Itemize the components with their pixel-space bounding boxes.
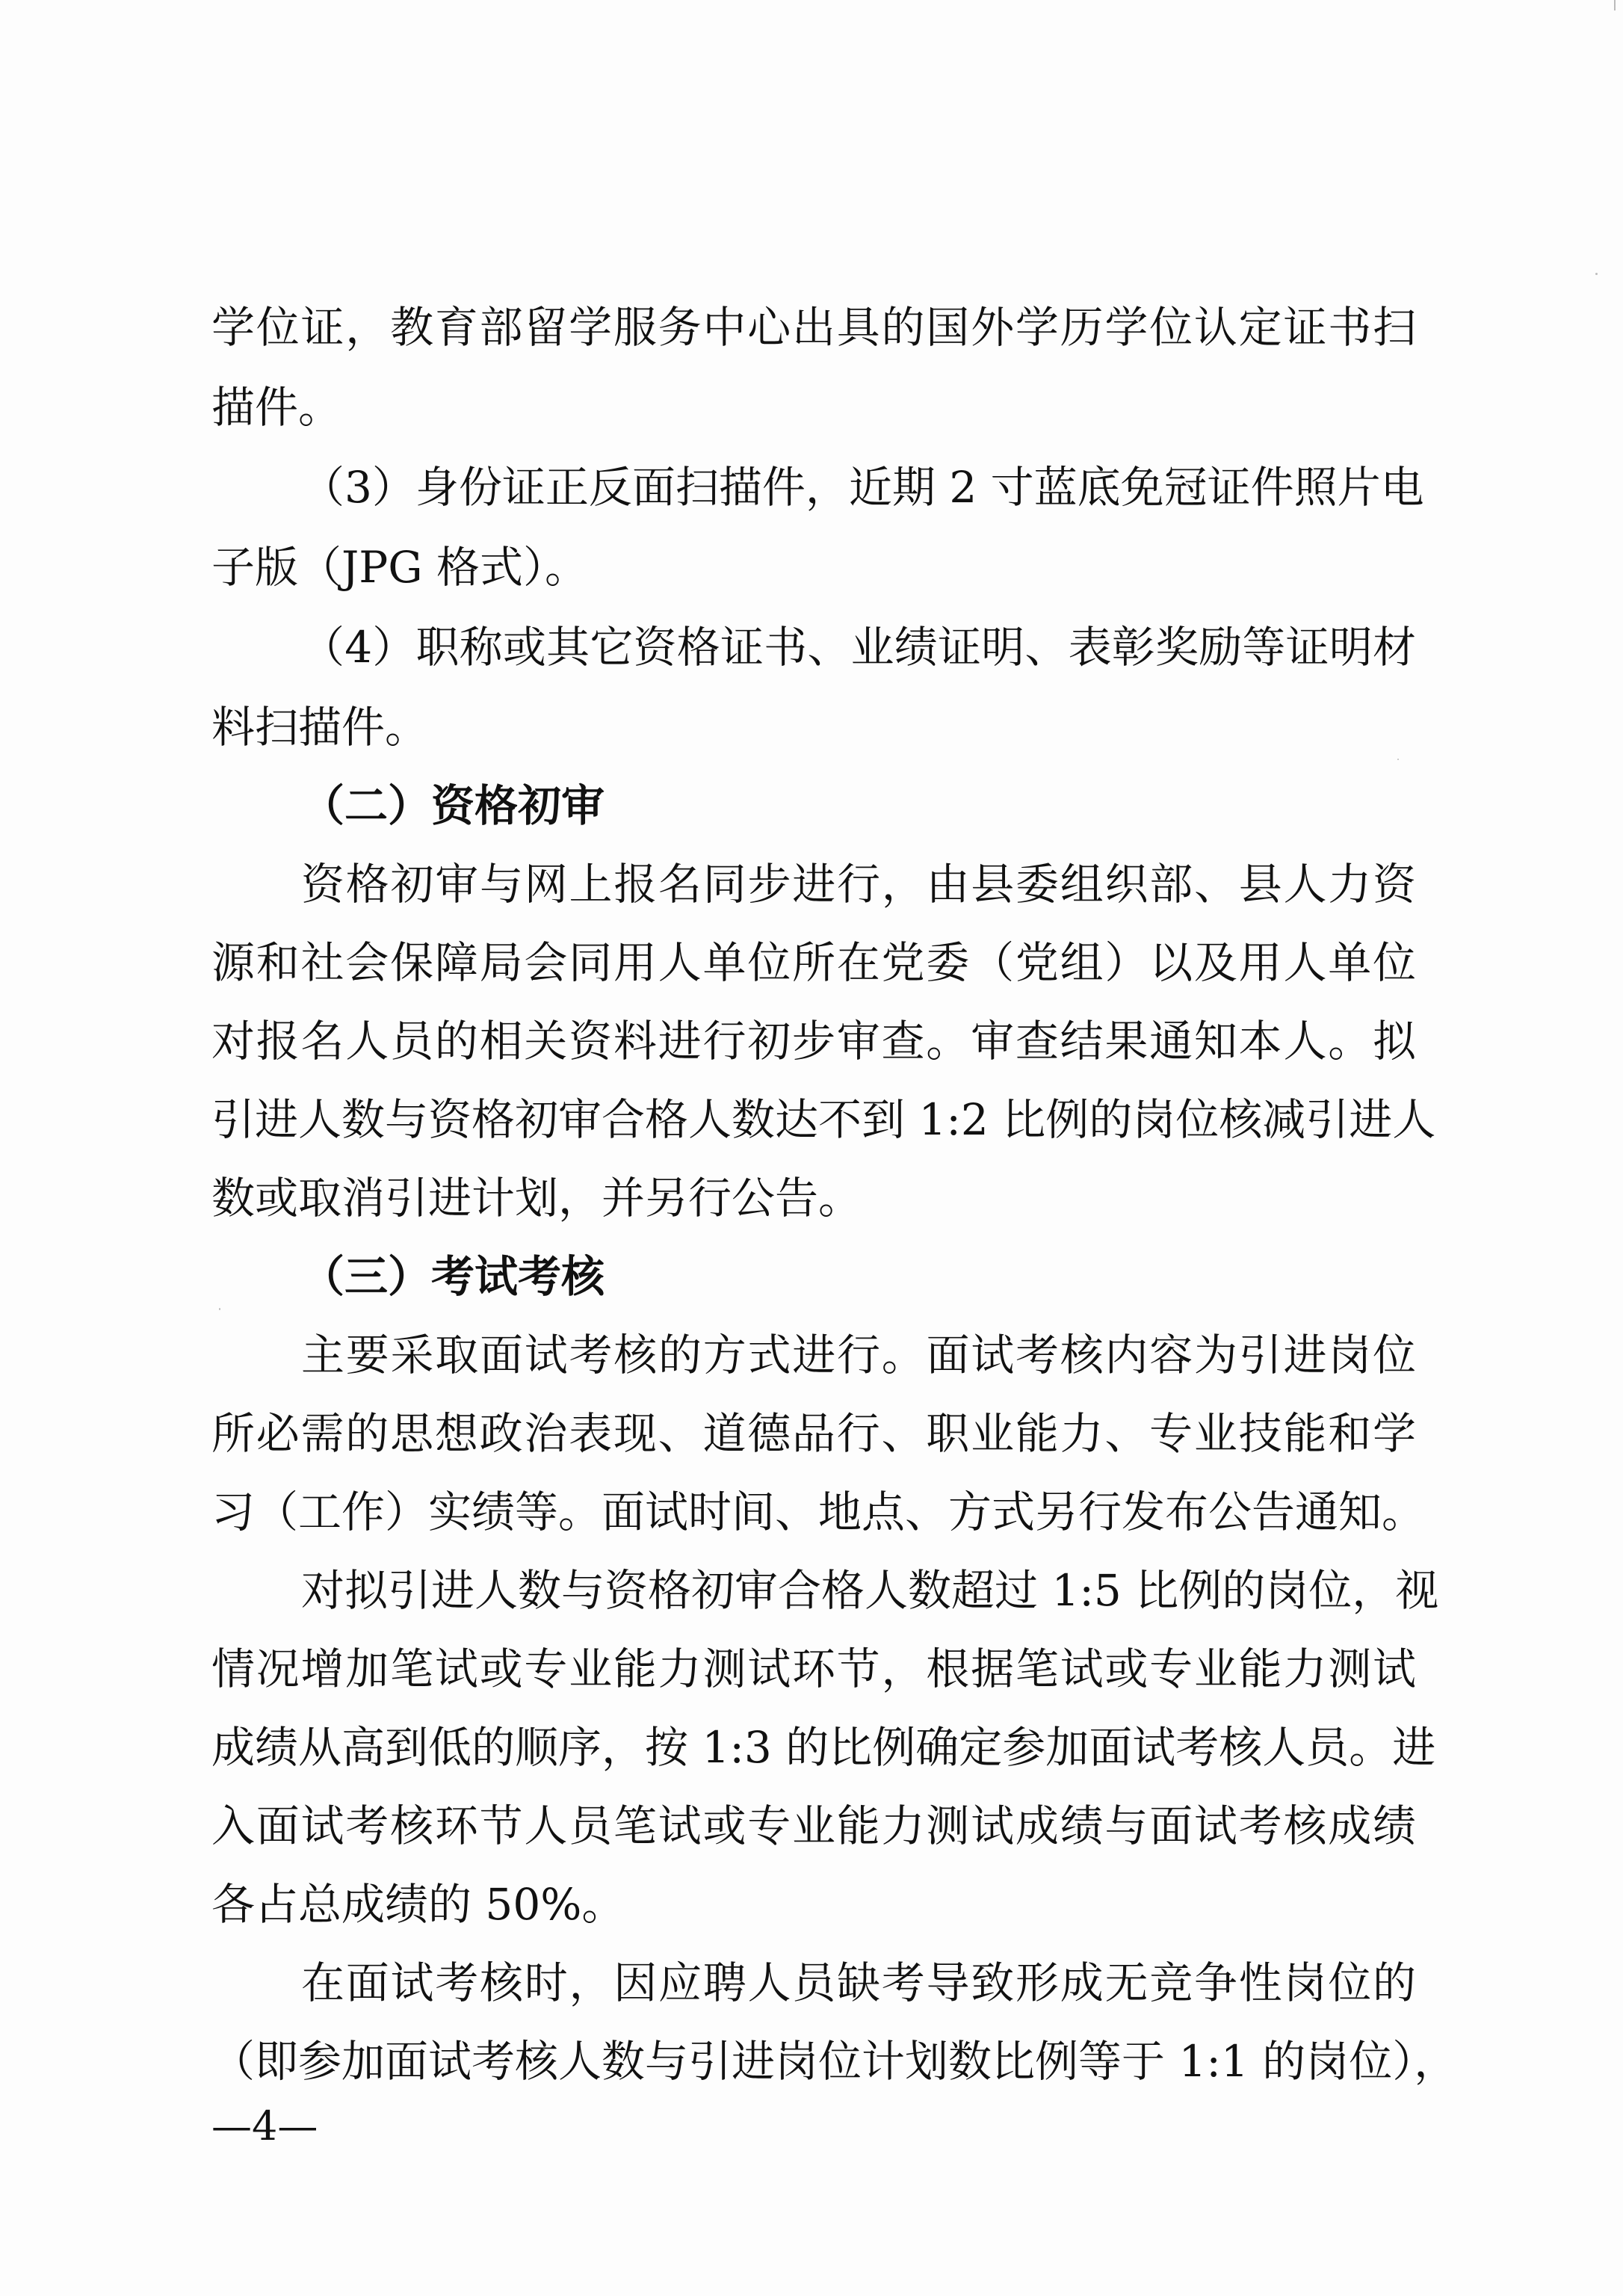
- scan-speck: [1397, 759, 1399, 760]
- paragraph-start: 在面试考核时，因应聘人员缺考导致形成无竞争性岗位的: [301, 1953, 1416, 2013]
- body-line: 入面试考核环节人员笔试或专业能力测试成绩与面试考核成绩: [211, 1796, 1416, 1856]
- list-item-4: （4）职称或其它资格证书、业绩证明、表彰奖励等证明材: [301, 617, 1416, 677]
- document-page: 学位证，教育部留学服务中心出具的国外学历学位认定证书扫 描件。 （3）身份证正反…: [0, 0, 1623, 2296]
- body-line: 对报名人员的相关资料进行初步审查。审查结果通知本人。拟: [211, 1011, 1416, 1071]
- body-line: （即参加面试考核人数与引进岗位计划数比例等于 1:1 的岗位），: [211, 2031, 1416, 2091]
- scan-edge-mark: [1614, 0, 1616, 10]
- body-line: 成绩从高到低的顺序，按 1:3 的比例确定参加面试考核人员。进: [211, 1718, 1416, 1777]
- body-line: 数或取消引进计划，并另行公告。: [211, 1168, 1416, 1228]
- body-line: 各占总成绩的 50%。: [211, 1874, 1416, 1934]
- body-line: 所必需的思想政治表现、道德品行、职业能力、专业技能和学: [211, 1404, 1416, 1463]
- paragraph-start: 资格初审与网上报名同步进行，由县委组织部、县人力资: [301, 854, 1416, 914]
- body-line: 料扫描件。: [211, 697, 1416, 757]
- body-line: 源和社会保障局会同用人单位所在党委（党组）以及用人单位: [211, 933, 1416, 993]
- section-heading-qualification-review: （二）资格初审: [301, 776, 1048, 836]
- scan-speck: [219, 1308, 220, 1310]
- section-heading-exam-assessment: （三）考试考核: [301, 1247, 1048, 1306]
- body-line: 引进人数与资格初审合格人数达不到 1:2 比例的岗位核减引进人: [211, 1090, 1416, 1149]
- body-line: 学位证，教育部留学服务中心出具的国外学历学位认定证书扫: [211, 297, 1416, 357]
- paragraph-start: 对拟引进人数与资格初审合格人数超过 1:5 比例的岗位，视: [301, 1561, 1416, 1620]
- page-number: —4—: [211, 2100, 318, 2152]
- body-line: 描件。: [211, 377, 1416, 437]
- list-item-3: （3）身份证正反面扫描件，近期 2 寸蓝底免冠证件照片电: [301, 457, 1416, 517]
- paragraph-start: 主要采取面试考核的方式进行。面试考核内容为引进岗位: [301, 1325, 1416, 1385]
- body-line: 习（工作）实绩等。面试时间、地点、方式另行发布公告通知。: [211, 1482, 1416, 1542]
- scan-speck: [1595, 273, 1598, 275]
- body-line: 子版（JPG 格式）。: [211, 537, 1416, 597]
- body-line: 情况增加笔试或专业能力测试环节，根据笔试或专业能力测试: [211, 1639, 1416, 1699]
